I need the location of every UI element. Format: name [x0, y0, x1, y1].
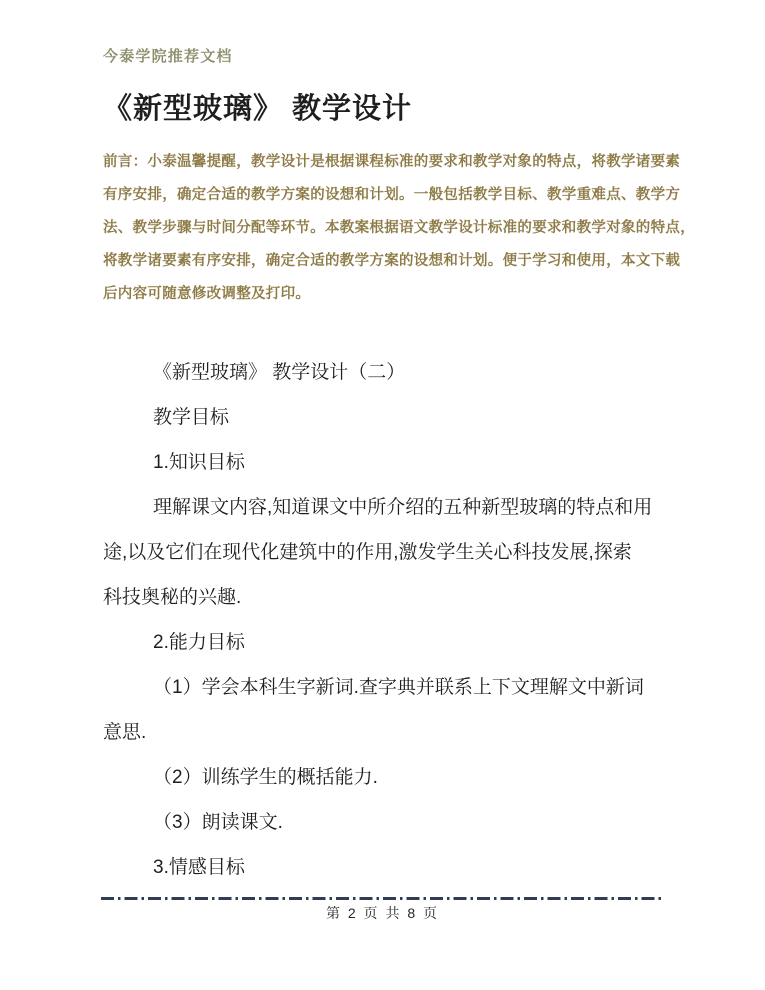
preface-line: 后内容可随意修改调整及打印。: [103, 278, 695, 311]
body-line: 理解课文内容,知道课文中所介绍的五种新型玻璃的特点和用: [103, 485, 652, 530]
body-line: （3）朗读课文.: [103, 800, 652, 845]
watermark-header: 今泰学院推荐文档: [103, 45, 233, 66]
preface-paragraph: 前言：小泰温馨提醒，教学设计是根据课程标准的要求和教学对象的特点，将教学诸要素 …: [103, 146, 695, 311]
body-line: 意思.: [103, 710, 652, 755]
body-line: （2）训练学生的概括能力.: [103, 755, 652, 800]
document-body: 《新型玻璃》 教学设计（二） 教学目标 1.知识目标 理解课文内容,知道课文中所…: [103, 350, 652, 890]
preface-line: 有序安排，确定合适的教学方案的设想和计划。一般包括教学目标、教学重难点、教学方: [103, 179, 695, 212]
preface-line: 将教学诸要素有序安排，确定合适的教学方案的设想和计划。便于学习和使用，本文下载: [103, 245, 695, 278]
document-title: 《新型玻璃》 教学设计: [103, 86, 412, 127]
body-line-goal-2-heading: 2.能力目标: [103, 620, 652, 665]
page-number: 第 2 页 共 8 页: [0, 903, 765, 923]
body-line-goal-3-heading: 3.情感目标: [103, 845, 652, 890]
body-line-subtitle: 《新型玻璃》 教学设计（二）: [103, 350, 652, 395]
body-line: 科技奥秘的兴趣.: [103, 575, 652, 620]
footer-divider-line: [101, 897, 661, 900]
body-line-goal-1-heading: 1.知识目标: [103, 440, 652, 485]
body-line-section-heading: 教学目标: [103, 395, 652, 440]
preface-line: 法、教学步骤与时间分配等环节。本教案根据语文教学设计标准的要求和教学对象的特点，: [103, 212, 695, 245]
body-line: 途,以及它们在现代化建筑中的作用,激发学生关心科技发展,探索: [103, 530, 652, 575]
body-line: （1）学会本科生字新词.查字典并联系上下文理解文中新词: [103, 665, 652, 710]
preface-line: 前言：小泰温馨提醒，教学设计是根据课程标准的要求和教学对象的特点，将教学诸要素: [103, 146, 695, 179]
document-page: 今泰学院推荐文档 《新型玻璃》 教学设计 前言：小泰温馨提醒，教学设计是根据课程…: [0, 0, 765, 990]
